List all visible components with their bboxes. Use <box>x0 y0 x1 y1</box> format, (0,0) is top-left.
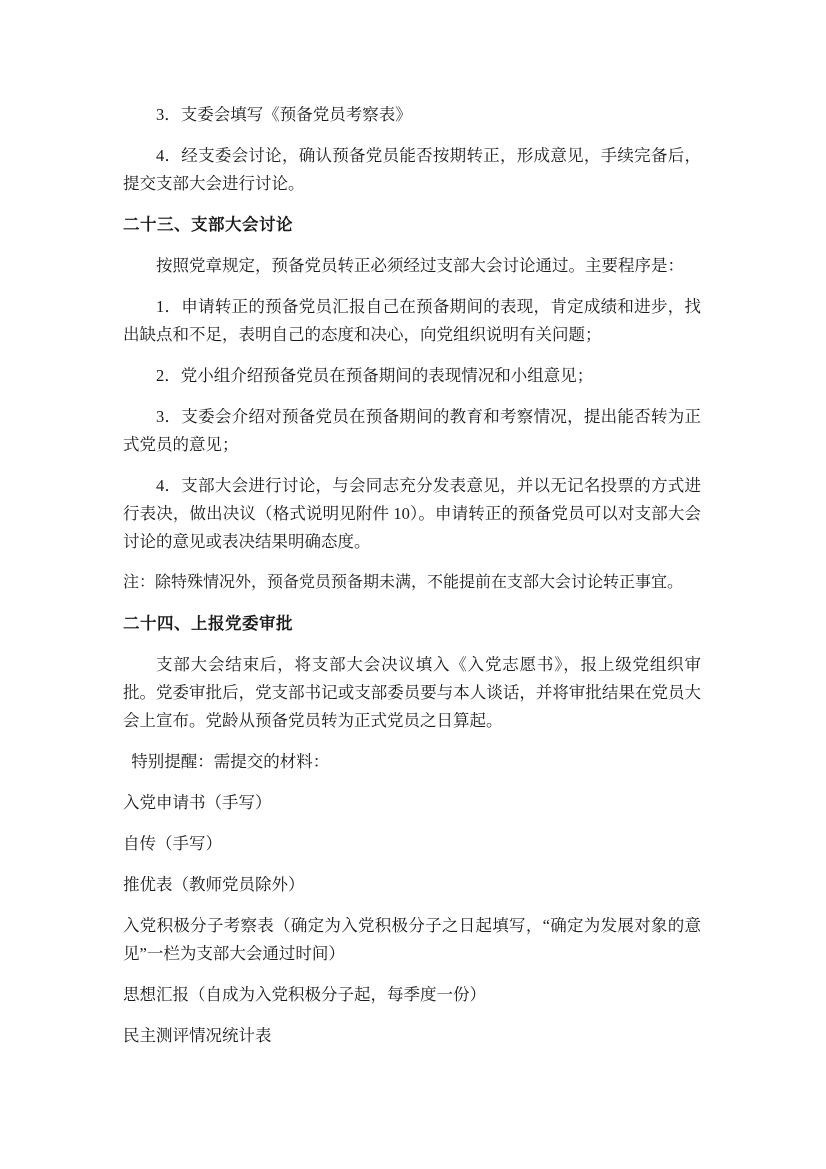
section-heading-23-branch-meeting-discussion: 二十三、支部大会讨论 <box>123 211 701 239</box>
material-item-recommendation-form: 推优表（教师党员除外） <box>123 871 701 899</box>
paragraph-approval-process: 支部大会结束后，将支部大会决议填入《入党志愿书》，报上级党组织审批。党委审批后，… <box>123 651 701 735</box>
document-content: 3．支委会填写《预备党员考察表》 4．经支委会讨论，确认预备党员能否按期转正，形… <box>123 101 701 1050</box>
paragraph-step3-fill-form: 3．支委会填写《预备党员考察表》 <box>123 101 701 129</box>
material-item-autobiography: 自传（手写） <box>123 830 701 858</box>
paragraph-step4-committee-discussion: 4．经支委会讨论，确认预备党员能否按期转正，形成意见，手续完备后，提交支部大会进… <box>123 142 701 198</box>
paragraph-charter-rules-intro: 按照党章规定，预备党员转正必须经过支部大会讨论通过。主要程序是： <box>123 252 701 280</box>
paragraph-procedure-2: 2．党小组介绍预备党员在预备期间的表现情况和小组意见； <box>123 362 701 390</box>
note-special-cases: 注：除特殊情况外，预备党员预备期未满，不能提前在支部大会讨论转正事宜。 <box>123 569 701 597</box>
paragraph-procedure-3: 3．支委会介绍对预备党员在预备期间的教育和考察情况，提出能否转为正式党员的意见； <box>123 403 701 459</box>
reminder-materials-needed: 特别提醒：需提交的材料： <box>123 748 701 776</box>
document-page: 3．支委会填写《预备党员考察表》 4．经支委会讨论，确认预备党员能否按期转正，形… <box>0 0 826 1169</box>
section-heading-24-report-to-party-committee: 二十四、上报党委审批 <box>123 610 701 638</box>
material-item-activist-examination-form: 入党积极分子考察表（确定为入党积极分子之日起填写，“确定为发展对象的意见”一栏为… <box>123 912 701 968</box>
paragraph-procedure-4: 4．支部大会进行讨论，与会同志充分发表意见，并以无记名投票的方式进行表决，做出决… <box>123 472 701 556</box>
paragraph-procedure-1: 1．申请转正的预备党员汇报自己在预备期间的表现，肯定成绩和进步，找出缺点和不足，… <box>123 293 701 349</box>
material-item-application: 入党申请书（手写） <box>123 789 701 817</box>
material-item-thought-reports: 思想汇报（自成为入党积极分子起，每季度一份） <box>123 981 701 1009</box>
material-item-democratic-evaluation-form: 民主测评情况统计表 <box>123 1022 701 1050</box>
